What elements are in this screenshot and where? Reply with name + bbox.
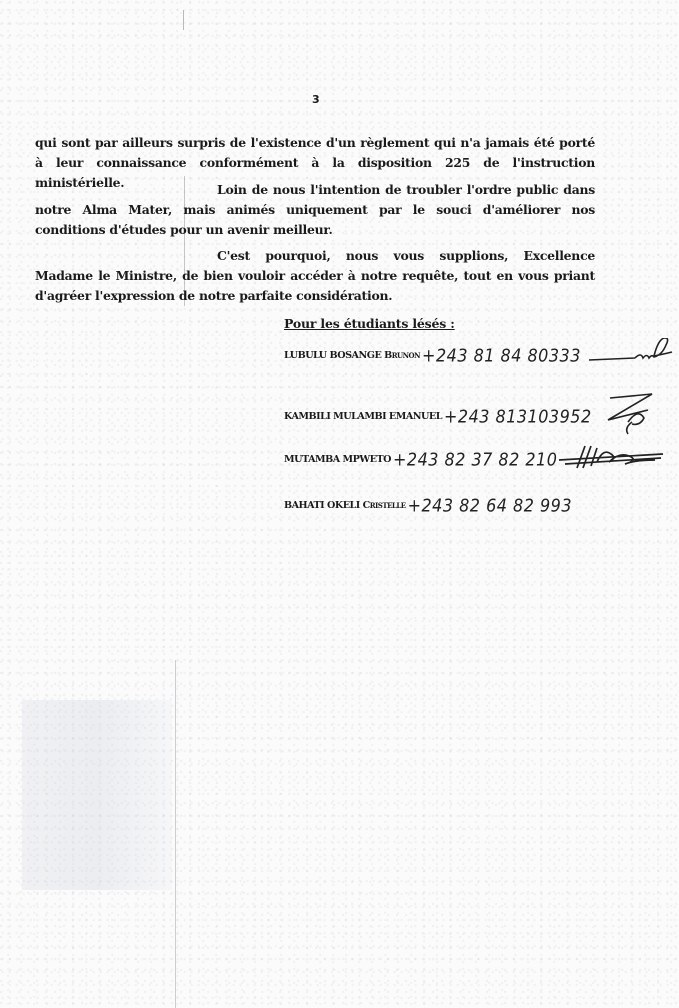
signatory-phone: +243 82 37 82 210: [393, 449, 557, 470]
signatory-name: KAMBILI MULAMBI EMANUEL: [284, 411, 442, 422]
paragraph-2: Loin de nous l'intention de troubler l'o…: [35, 180, 595, 240]
handwritten-signature-icon: [587, 338, 677, 372]
fold-line-top: [183, 10, 184, 30]
signatory-name: MUTAMBA MPWETO: [284, 454, 391, 465]
fold-line-bottom: [175, 660, 176, 1008]
signatory-row: MUTAMBA MPWETO +243 82 37 82 210: [284, 442, 667, 476]
signatory-phone: +243 813103952: [444, 406, 592, 427]
signatory-name: BAHATI OKELI Cristelle: [284, 500, 406, 511]
signatory-row: KAMBILI MULAMBI EMANUEL +243 813103952: [284, 392, 658, 440]
page-number: 3: [312, 93, 320, 106]
scan-shadow: [22, 700, 172, 890]
signatory-phone: +243 81 84 80333: [422, 345, 581, 366]
handwritten-signature-icon: [598, 392, 658, 440]
signatory-phone: +243 82 64 82 993: [408, 495, 572, 516]
signatory-name: LUBULU BOSANGE Brunon: [284, 350, 420, 361]
signature-heading: Pour les étudiants lésés :: [284, 316, 674, 331]
paragraph-3: C'est pourquoi, nous vous supplions, Exc…: [35, 246, 595, 306]
signature-block: Pour les étudiants lésés : LUBULU BOSANG…: [284, 316, 674, 331]
paragraph-text: C'est pourquoi, nous vous supplions, Exc…: [35, 248, 595, 303]
handwritten-signature-icon: [557, 442, 667, 476]
signatory-row: LUBULU BOSANGE Brunon +243 81 84 80333: [284, 338, 677, 372]
paragraph-text: Loin de nous l'intention de troubler l'o…: [35, 182, 595, 237]
signatory-row: BAHATI OKELI Cristelle +243 82 64 82 993: [284, 496, 572, 515]
